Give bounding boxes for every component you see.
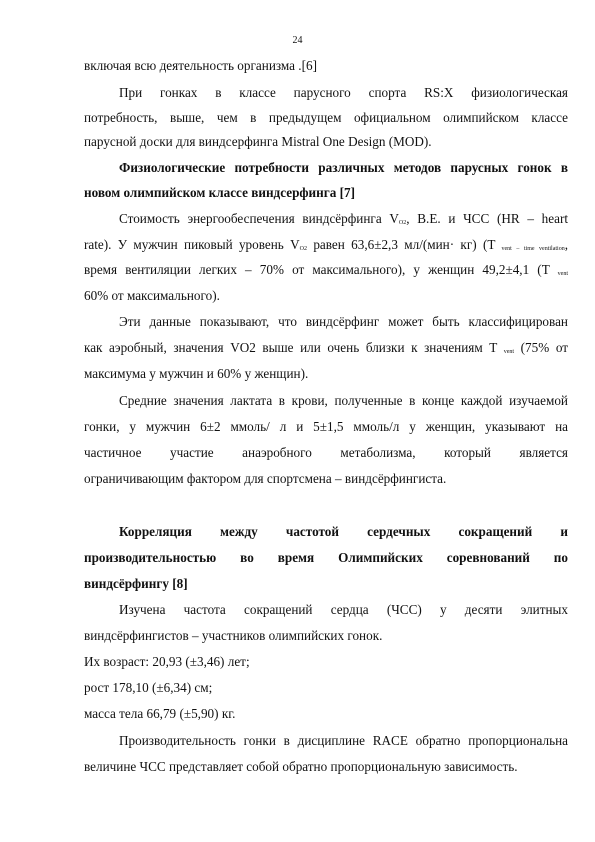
text-line: Производительность гонки в дисциплине RA…	[84, 733, 568, 749]
text-line: включая всю деятельность организма .[6]	[84, 58, 568, 74]
section-heading: производительностью во время Олимпийских…	[84, 550, 568, 566]
text-line: время вентиляции легких – 70% от максима…	[84, 262, 568, 278]
text-line: ограничивающим фактором для спортсмена –…	[84, 471, 568, 487]
text-line: Эти данные показывают, что виндсёрфинг м…	[84, 314, 568, 330]
text-line: Стоимость энергообеспечения виндсёрфинга…	[84, 211, 568, 227]
text-line: 60% от максимального).	[84, 288, 568, 304]
text-line: виндсёрфингистов – участников олимпийски…	[84, 628, 568, 644]
text-line: rate). У мужчин пиковый уровень VO2 раве…	[84, 237, 568, 253]
text-line: рост 178,10 (±6,34) см;	[84, 680, 568, 696]
text-line: Средние значения лактата в крови, получе…	[84, 393, 568, 409]
text-line: величине ЧСС представляет собой обратно …	[84, 759, 568, 775]
page-number: 24	[0, 35, 595, 46]
text-line: При гонках в классе парусного спорта RS:…	[84, 85, 568, 101]
text-line: как аэробный, значения VO2 выше или очен…	[84, 340, 568, 356]
text-line: частичное участие анаэробного метаболизм…	[84, 445, 568, 461]
text-line: масса тела 66,79 (±5,90) кг.	[84, 706, 568, 722]
text-line: Их возраст: 20,93 (±3,46) лет;	[84, 654, 568, 670]
section-heading: виндсёрфингу [8]	[84, 576, 568, 592]
section-heading: Корреляция между частотой сердечных сокр…	[84, 524, 568, 540]
text-line: парусной доски для виндсерфинга Mistral …	[84, 134, 568, 150]
text-line: Изучена частота сокращений сердца (ЧСС) …	[84, 602, 568, 618]
section-heading: Физиологические потребности различных ме…	[84, 160, 568, 176]
text-line: потребность, выше, чем в предыдущем офиц…	[84, 110, 568, 126]
text-line: гонки, у мужчин 6±2 ммоль/ л и 5±1,5 ммо…	[84, 419, 568, 435]
text-line: максимума у мужчин и 60% у женщин).	[84, 366, 568, 382]
section-heading: новом олимпийском классе виндсерфинга [7…	[84, 185, 568, 201]
